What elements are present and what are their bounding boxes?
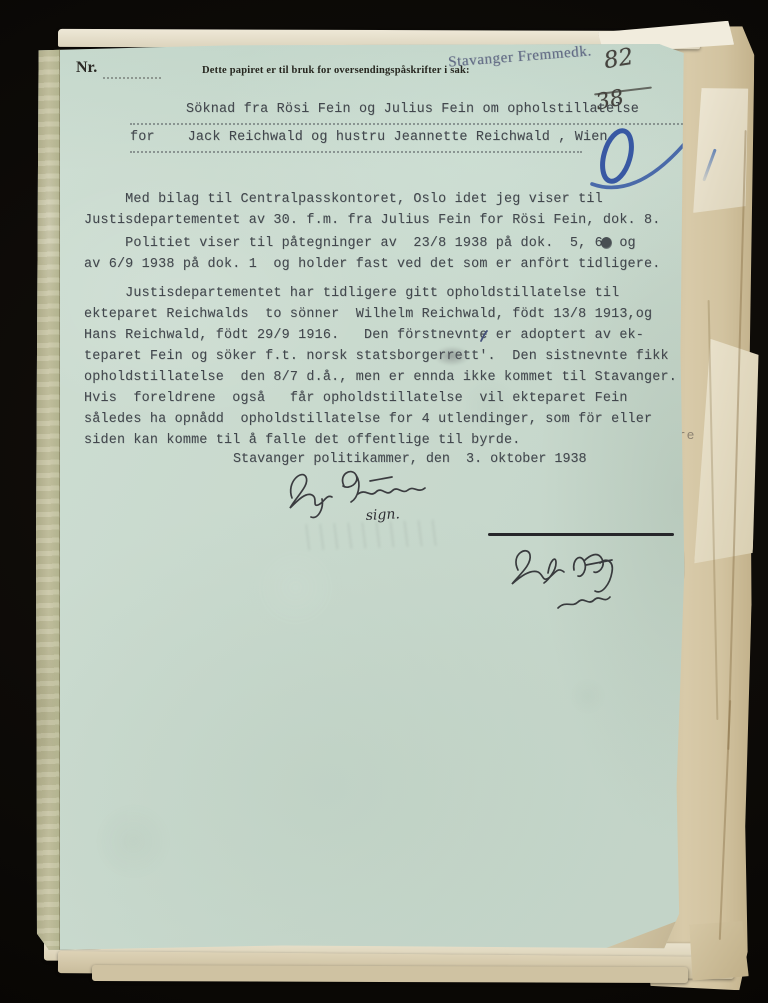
- signature-rule-line: [488, 533, 674, 536]
- registry-stamp: Stavanger Fremmedk.: [448, 43, 593, 71]
- form-number-label: Nr.: [76, 59, 97, 77]
- paragraph-2: Politiet viser til påtegninger av 23/8 1…: [84, 233, 661, 275]
- subject-line-2: for Jack Reichwald og hustru Jeannette R…: [130, 130, 582, 153]
- document-sheet: Nr. Dette papiret er til bruk for overse…: [36, 44, 685, 950]
- case-number-numerator: 82: [602, 44, 635, 74]
- overstrike-ink-blob: [601, 237, 612, 249]
- faint-pencil-trace: [302, 520, 441, 551]
- paragraph-3: Justisdepartementet har tidligere gitt o…: [84, 283, 677, 451]
- subject-line-1: Söknad fra Rösi Fein og Julius Fein om o…: [130, 102, 694, 125]
- binding-edge-strip: [36, 44, 60, 950]
- form-number-dotted-line: [103, 62, 161, 79]
- blue-check-mark: [479, 330, 489, 343]
- paragraph-1: Med bilag til Centralpasskontoret, Oslo …: [84, 189, 661, 231]
- correction-smudge: [434, 346, 470, 366]
- underlying-page-edge-bottom-3: [92, 965, 688, 983]
- printed-form-instruction: Dette papiret er til bruk for oversendin…: [202, 65, 470, 76]
- official-signature-second: [498, 542, 663, 632]
